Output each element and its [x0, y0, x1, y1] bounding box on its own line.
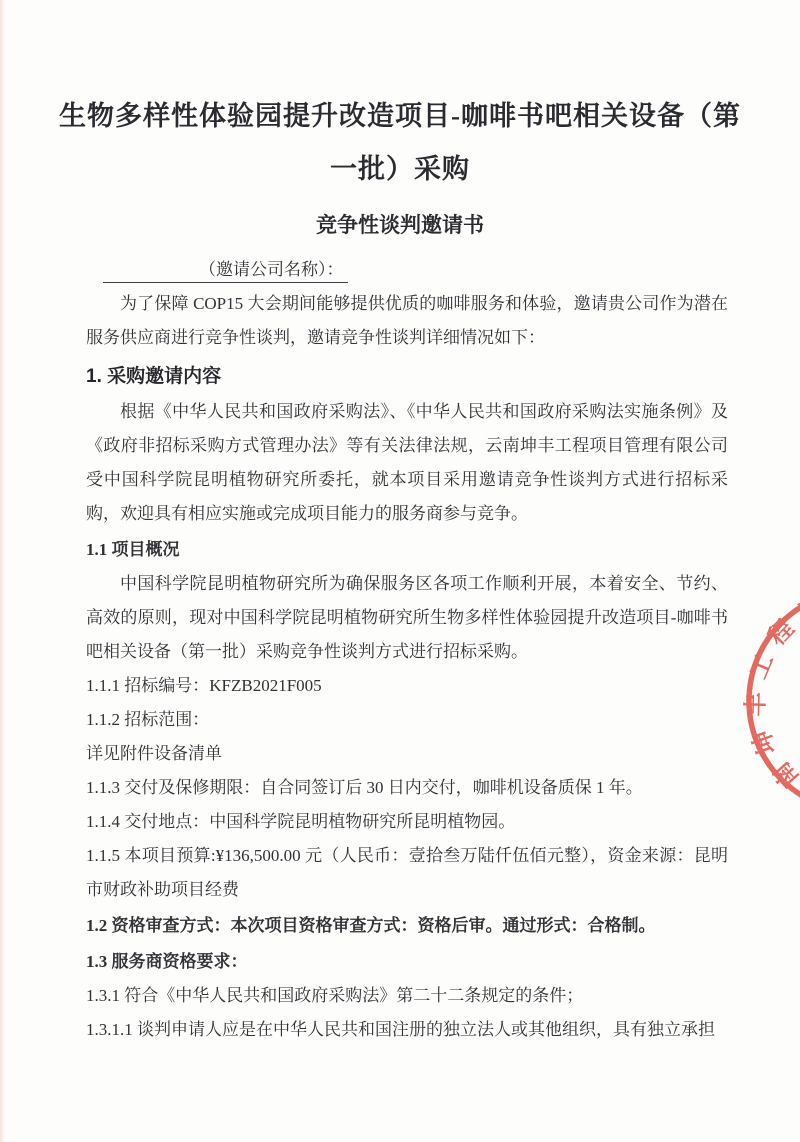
seal-ring [749, 590, 800, 812]
section-heading-1: 1. 采购邀请内容 [86, 360, 728, 394]
document-page: 生物多样性体验园提升改造项目-咖啡书吧相关设备（第 一批）采购 竞争性谈判邀请书… [0, 0, 800, 1142]
document-subtitle: 竞争性谈判邀请书 [0, 210, 800, 240]
paragraph-project-overview: 中国科学院昆明植物研究所为确保服务区各项工作顺利开展，本着安全、节约、高效的原则… [86, 567, 728, 669]
salutation-underline: （邀请公司名称）： [103, 258, 348, 283]
seal-company-name: 云南坤丰工程项目管理有限公司 [742, 583, 800, 814]
item-attachment-note: 详见附件设备清单 [86, 737, 728, 771]
item-1-1-4-delivery-location: 1.1.4 交付地点：中国科学院昆明植物研究所昆明植物园。 [86, 805, 728, 839]
paragraph-legal-basis: 根据《中华人民共和国政府采购法》、《中华人民共和国政府采购法实施条例》及《政府非… [86, 395, 728, 531]
section-heading-1-3-supplier-requirements: 1.3 服务商资格要求： [86, 945, 728, 979]
section-heading-1-2-qualification-review: 1.2 资格审查方式：本次项目资格审查方式：资格后审。通过形式：合格制。 [86, 909, 728, 943]
item-1-3-1-law-condition: 1.3.1 符合《中华人民共和国政府采购法》第二十二条规定的条件； [86, 979, 728, 1013]
item-1-1-3-delivery-warranty: 1.1.3 交付及保修期限：自合同签订后 30 日内交付，咖啡机设备质保 1 年… [86, 771, 728, 805]
salutation-text: （邀请公司名称）： [199, 260, 344, 279]
page-left-edge-shadow [0, 0, 5, 1142]
document-title: 生物多样性体验园提升改造项目-咖啡书吧相关设备（第 一批）采购 [55, 0, 745, 196]
document-content: （邀请公司名称）： 为了保障 COP15 大会期间能够提供优质的咖啡服务和体验，… [86, 253, 728, 1047]
item-1-1-1-tender-number: 1.1.1 招标编号：KFZB2021F005 [86, 669, 728, 703]
section-heading-1-1: 1.1 项目概况 [86, 533, 728, 567]
document-title-line2: 一批）采购 [55, 143, 745, 196]
salutation-line: （邀请公司名称）： [103, 253, 728, 287]
document-title-line1: 生物多样性体验园提升改造项目-咖啡书吧相关设备（第 [55, 90, 745, 143]
paragraph-intro: 为了保障 COP15 大会期间能够提供优质的咖啡服务和体验，邀请贵公司作为潜在服… [86, 287, 728, 355]
item-1-3-1-1-legal-person: 1.3.1.1 谈判申请人应是在中华人民共和国注册的独立法人或其他组织，具有独立… [86, 1013, 728, 1047]
item-1-1-5-budget: 1.1.5 本项目预算:¥136,500.00 元（人民币：壹拾叁万陆仟伍佰元整… [86, 839, 728, 907]
item-1-1-2-tender-scope: 1.1.2 招标范围： [86, 703, 728, 737]
